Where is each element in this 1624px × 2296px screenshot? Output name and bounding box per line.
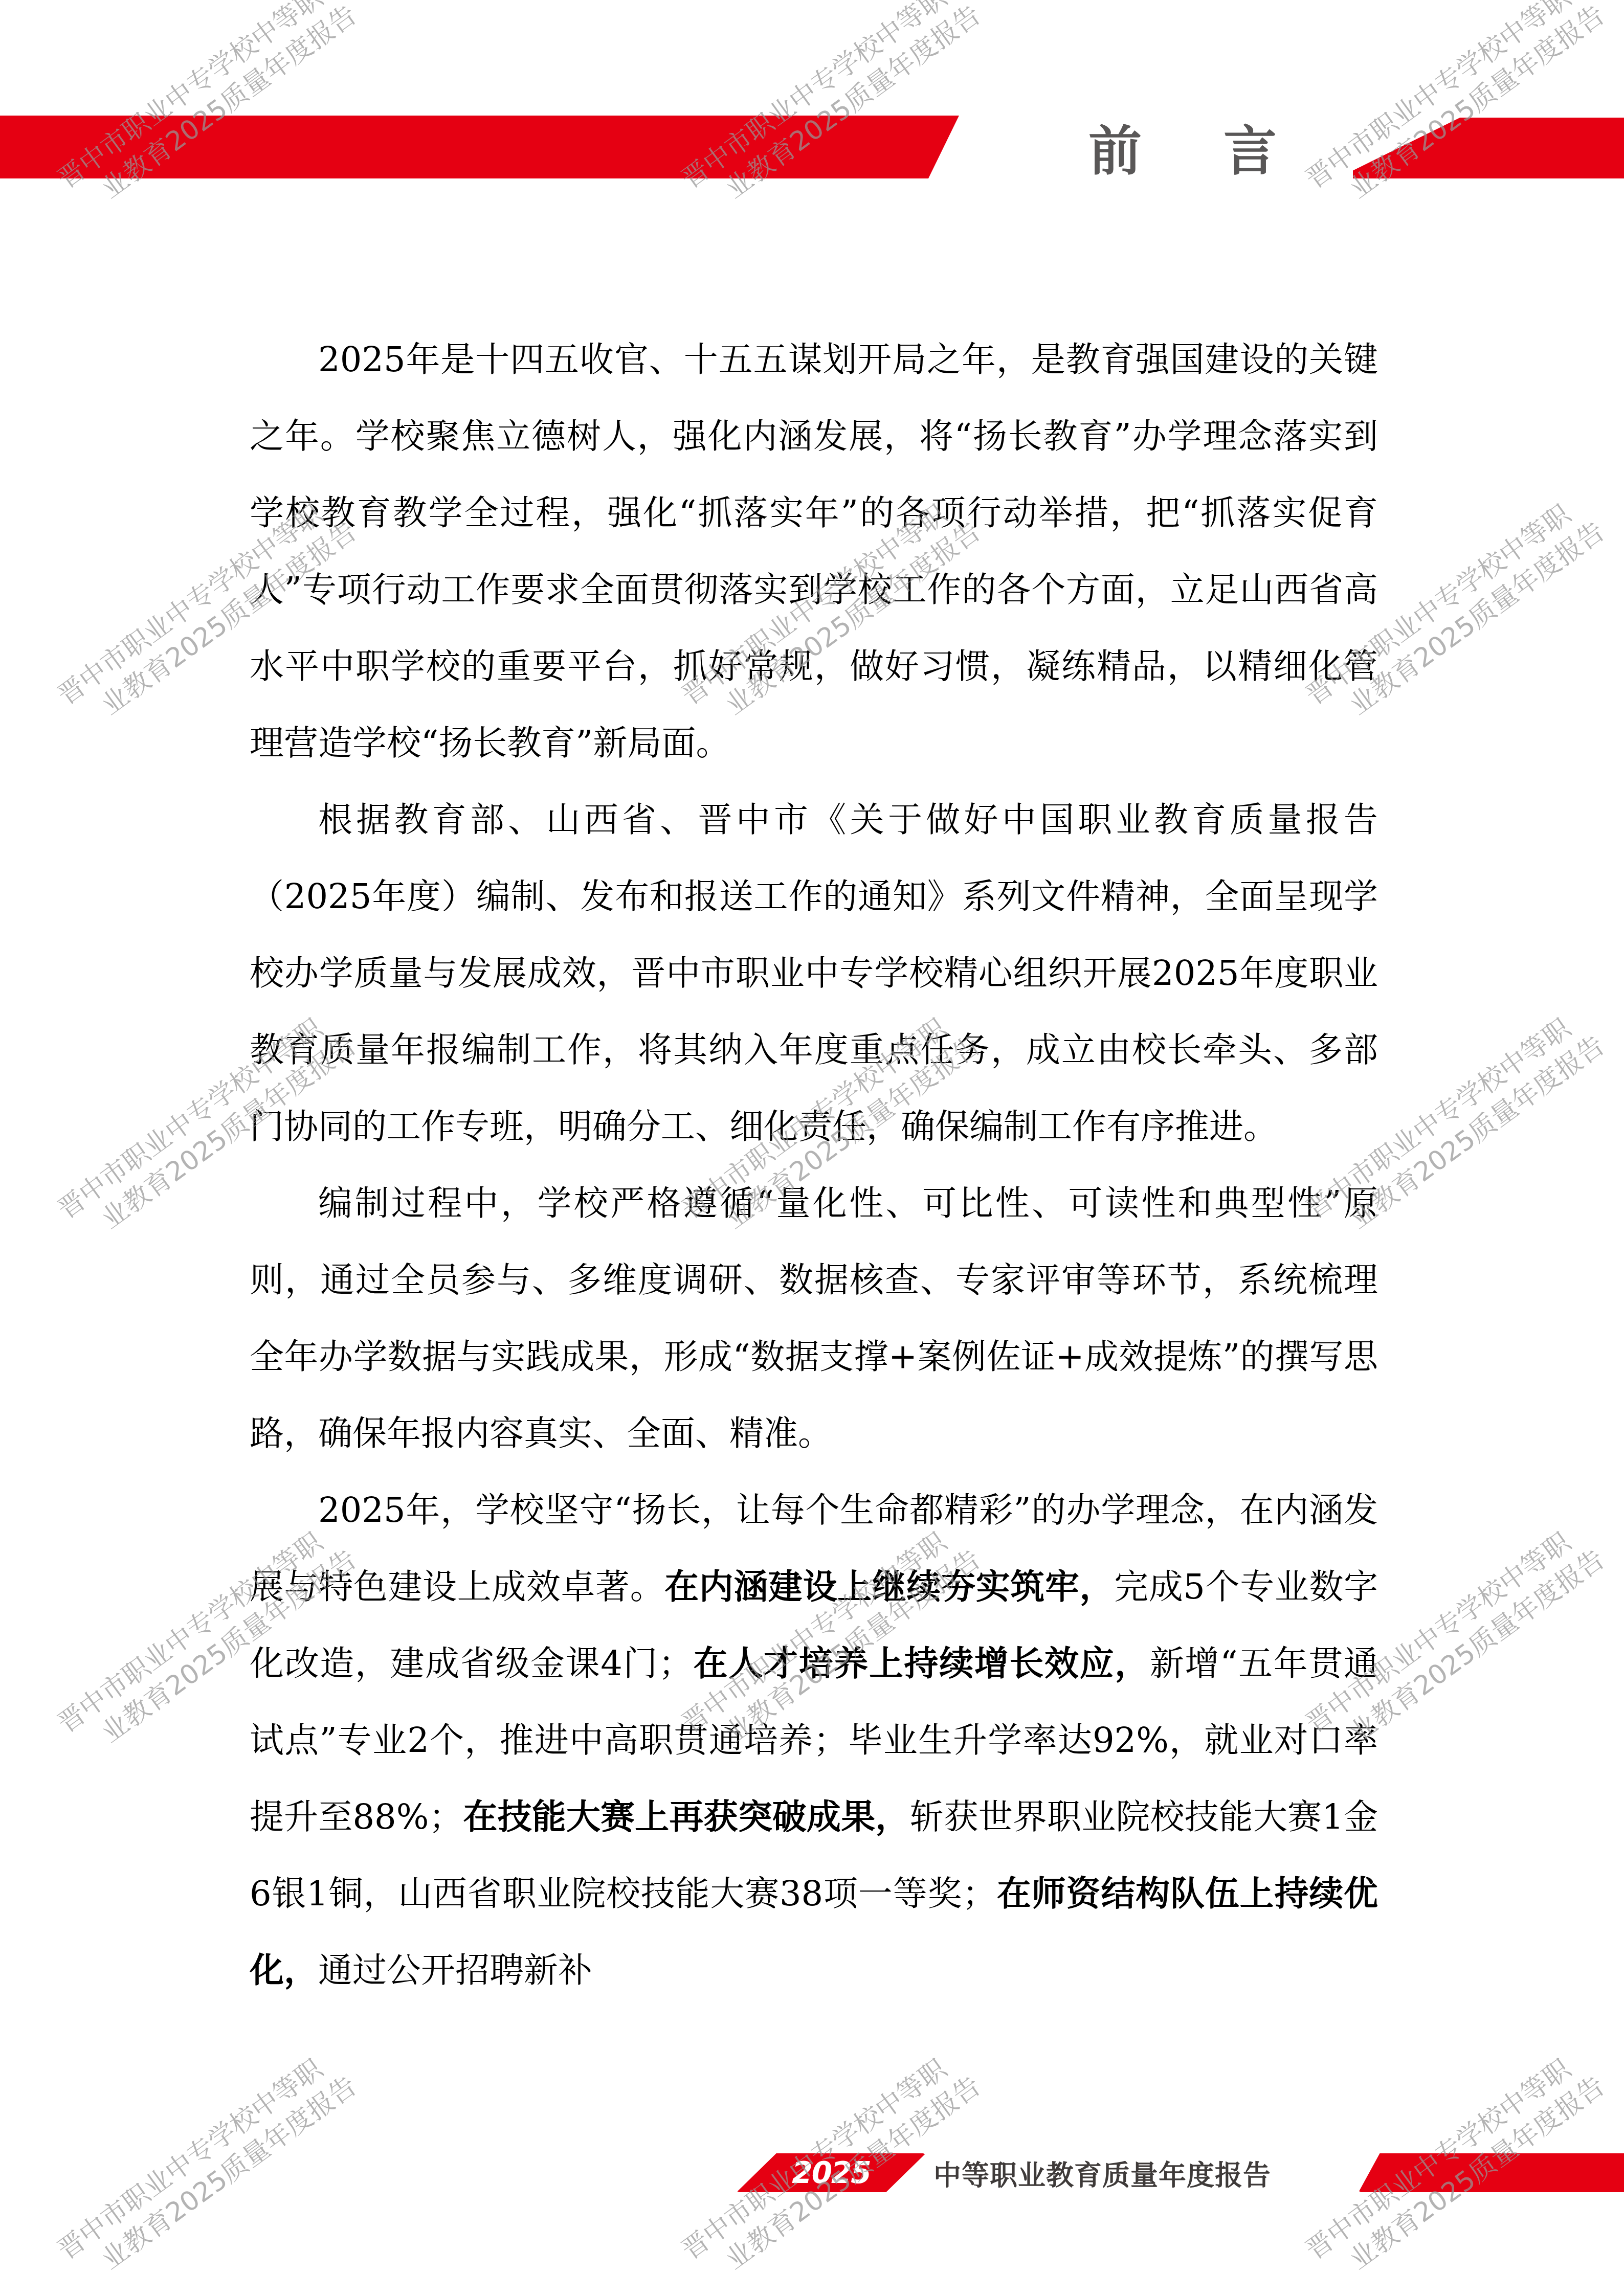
paragraph-2: 根据教育部、山西省、晋中市《关于做好中国职业教育质量报告（2025年度）编制、发… — [250, 781, 1378, 1165]
highlight-talent: 在人才培养上持续增长效应， — [693, 1644, 1150, 1683]
paragraph-1: 2025年是十四五收官、十五五谋划开局之年，是教育强国建设的关键之年。学校聚焦立… — [250, 321, 1378, 781]
footer-year-badge: 2025 — [737, 2153, 926, 2192]
page-title-char-1: 前 — [1088, 108, 1142, 185]
header-red-band-right — [1353, 118, 1624, 178]
page-title: 前 言 — [1088, 119, 1277, 175]
highlight-skills-contest: 在技能大赛上再获突破成果， — [463, 1797, 909, 1837]
paragraph-3: 编制过程中，学校严格遵循“量化性、可比性、可读性和典型性”原则，通过全员参与、多… — [250, 1165, 1378, 1472]
watermark: 晋中市职业中专学校中等职业教育2025质量年度报告 — [51, 0, 355, 223]
page-title-char-2: 言 — [1223, 108, 1277, 185]
paragraph-4: 2025年，学校坚守“扬长，让每个生命都精彩”的办学理念，在内涵发展与特色建设上… — [250, 1472, 1378, 2009]
paragraph-4-text-5: 通过公开招聘新补 — [318, 1950, 592, 1990]
paragraph-2-text: 根据教育部、山西省、晋中市《关于做好中国职业教育质量报告（2025年度）编制、发… — [250, 800, 1378, 1146]
watermark: 晋中市职业中专学校中等职业教育2025质量年度报告 — [1299, 0, 1604, 223]
watermark: 晋中市职业中专学校中等职业教育2025质量年度报告 — [51, 2047, 355, 2294]
header-red-band-left — [0, 116, 959, 178]
highlight-connotation: 在内涵建设上继续夯实筑牢， — [664, 1567, 1114, 1607]
preface-body: 2025年是十四五收官、十五五谋划开局之年，是教育强国建设的关键之年。学校聚焦立… — [250, 321, 1378, 2009]
paragraph-3-text: 编制过程中，学校严格遵循“量化性、可比性、可读性和典型性”原则，通过全员参与、多… — [250, 1183, 1378, 1453]
paragraph-1-text: 2025年是十四五收官、十五五谋划开局之年，是教育强国建设的关键之年。学校聚焦立… — [250, 340, 1378, 763]
footer-red-band — [1359, 2153, 1624, 2192]
footer-report-title: 中等职业教育质量年度报告 — [933, 2154, 1271, 2193]
watermark: 晋中市职业中专学校中等职业教育2025质量年度报告 — [675, 0, 980, 223]
footer-year: 2025 — [792, 2155, 870, 2190]
